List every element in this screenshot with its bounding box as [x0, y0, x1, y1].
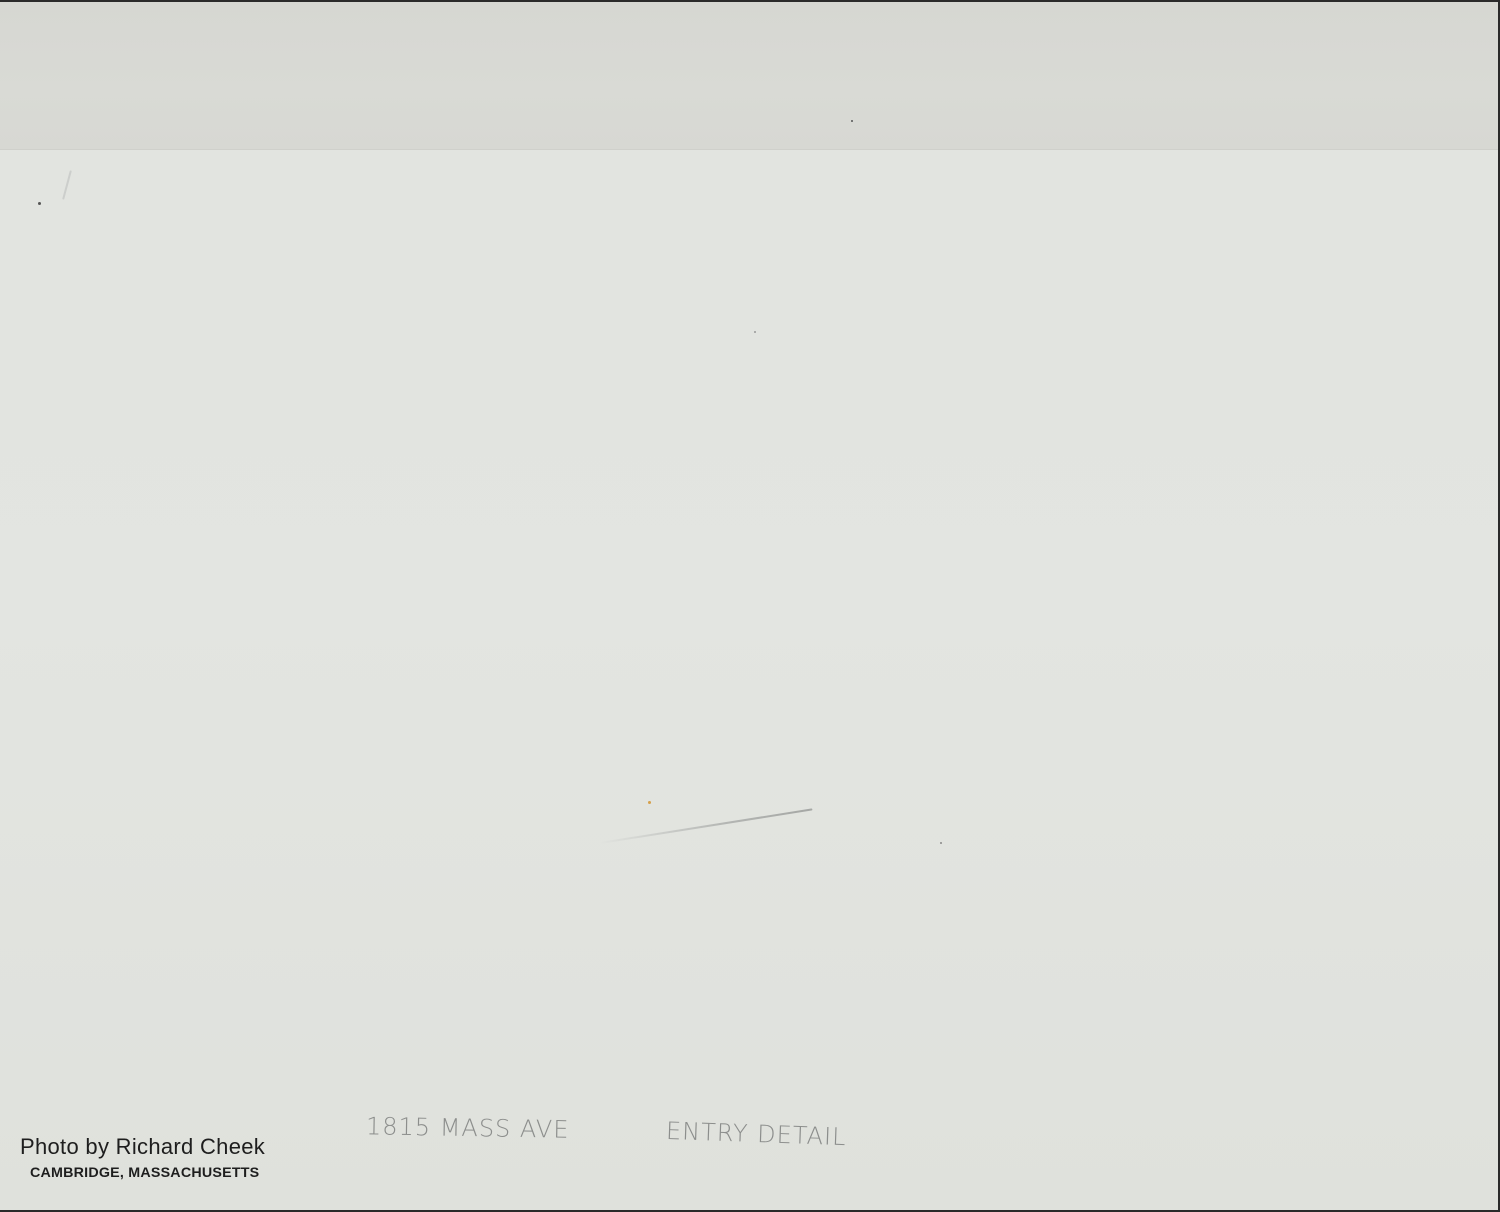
dust-speck: [754, 331, 756, 333]
photographer-stamp: Photo by Richard Cheek CAMBRIDGE, MASSAC…: [20, 1134, 265, 1180]
pencil-scratch-mark: [600, 808, 813, 844]
handwritten-address: 1815 MASS AVE: [366, 1112, 570, 1144]
stamp-photographer: Photo by Richard Cheek: [20, 1134, 265, 1160]
photo-back-paper: Photo by Richard Cheek CAMBRIDGE, MASSAC…: [0, 2, 1498, 1210]
top-paper-band: [0, 2, 1498, 150]
dust-speck: [940, 842, 942, 844]
dust-speck: [38, 202, 41, 205]
dust-speck: [851, 120, 853, 122]
stamp-location: CAMBRIDGE, MASSACHUSETTS: [30, 1164, 270, 1180]
orange-speck: [648, 801, 651, 804]
faint-scratch-mark: [62, 170, 72, 199]
handwritten-caption: ENTRY DETAIL: [666, 1117, 847, 1151]
